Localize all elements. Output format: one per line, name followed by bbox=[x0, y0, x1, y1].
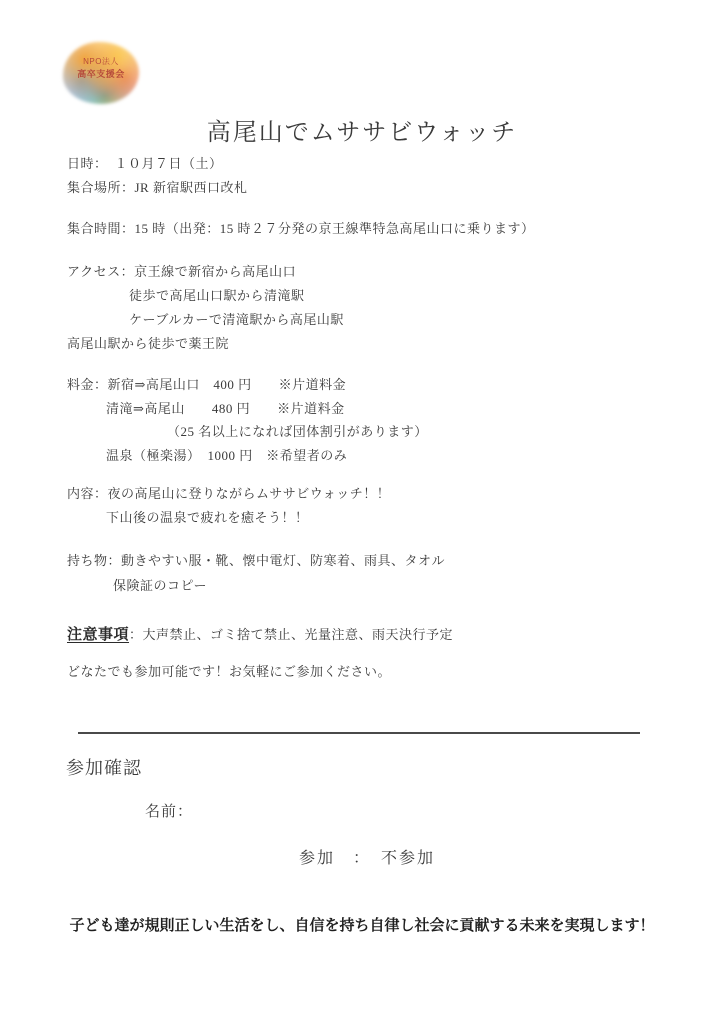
tear-off-divider bbox=[78, 732, 640, 734]
detail-content-line2: 下山後の温泉で疲れを癒そう！！ bbox=[106, 510, 309, 526]
notes-text: ：大声禁止、ゴミ捨て禁止、光量注意、雨天決行予定 bbox=[129, 627, 453, 642]
notes-label: 注意事項 bbox=[67, 626, 129, 643]
detail-meeting-place: 集合場所：JR 新宿駅西口改札 bbox=[67, 180, 247, 196]
detail-access-line4: 高尾山駅から徒歩で薬王院 bbox=[67, 336, 229, 352]
notes-line: 注意事項：大声禁止、ゴミ捨て禁止、光量注意、雨天決行予定 bbox=[67, 626, 453, 644]
org-slogan: 子ども達が規則正しい生活をし、自信を持ち自律し社会に貢献する未来を実現します！ bbox=[0, 914, 724, 935]
org-type: NPO法人 bbox=[63, 57, 139, 68]
confirmation-heading: 参加確認 bbox=[66, 754, 142, 780]
open-invite-line: どなたでも参加可能です！お気軽にご参加ください。 bbox=[67, 664, 391, 680]
flyer-page: NPO法人 高卒支援会 高尾山でムササビウォッチ 日時： １０月７日（土） 集合… bbox=[0, 0, 724, 1024]
detail-fee-line2: 清滝⇒高尾山 480 円 ※片道料金 bbox=[106, 401, 345, 417]
page-title: 高尾山でムササビウォッチ bbox=[0, 112, 724, 147]
org-name: 高卒支援会 bbox=[63, 68, 139, 80]
org-logo: NPO法人 高卒支援会 bbox=[63, 42, 139, 104]
org-logo-text: NPO法人 高卒支援会 bbox=[63, 57, 139, 80]
detail-access-line1: アクセス：京王線で新宿から高尾山口 bbox=[67, 264, 296, 280]
detail-belongings-line2: 保険証のコピー bbox=[113, 578, 207, 594]
detail-content-line1: 内容：夜の高尾山に登りながらムササビウォッチ！！ bbox=[67, 486, 390, 502]
detail-fee-line1: 料金：新宿⇒高尾山口 400 円 ※片道料金 bbox=[67, 377, 346, 393]
name-field-label: 名前： bbox=[145, 800, 193, 821]
detail-meeting-time: 集合時間：15 時（出発：15 時２７分発の京王線準特急高尾山口に乗ります） bbox=[67, 221, 535, 237]
detail-access-line3: ケーブルカーで清滝駅から高尾山駅 bbox=[129, 312, 344, 328]
detail-access-line2: 徒歩で高尾山口駅から清滝駅 bbox=[129, 288, 305, 304]
detail-datetime: 日時： １０月７日（土） bbox=[67, 156, 223, 172]
participation-options: 参加 ： 不参加 bbox=[299, 845, 435, 868]
detail-fee-group-note: （25 名以上になれば団体割引があります） bbox=[167, 424, 428, 440]
detail-belongings-line1: 持ち物：動きやすい服・靴、懐中電灯、防寒着、雨具、タオル bbox=[67, 553, 445, 569]
detail-fee-onsen: 温泉（極楽湯） 1000 円 ※希望者のみ bbox=[106, 448, 347, 464]
